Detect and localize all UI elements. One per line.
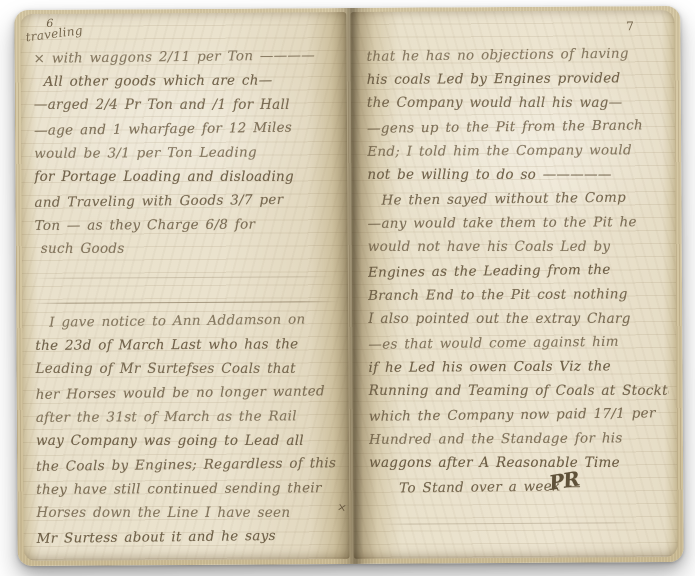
manuscript-line: —arged 2/4 Pr Ton and /1 for Hall: [34, 93, 334, 117]
manuscript-line: for Portage Loading and disloading: [34, 165, 334, 189]
manuscript-line: Engines as the Leading from the: [368, 257, 668, 285]
manuscript-line: Branch End to the Pit cost nothing: [368, 282, 668, 308]
left-page: 6 traveling × with waggons 2/11 per Ton …: [20, 12, 349, 561]
entry-separator: [32, 301, 338, 304]
manuscript-line: Horses down the Line I have seen: [36, 501, 338, 525]
manuscript-line: Ton — as they Charge 6/8 for: [35, 212, 335, 238]
page-number-right: 7: [626, 19, 634, 33]
manuscript-line: Hundred and the Standage for his: [369, 426, 669, 452]
manuscript-line: not be willing to do so —————: [367, 163, 667, 187]
right-page-entry: that he has no objections of havinghis c…: [367, 42, 670, 500]
manuscript-line: —gens up to the Pit from the Branch: [367, 113, 667, 141]
signature-flourish: PR: [547, 466, 580, 495]
manuscript-line: the Company would hall his wag—: [367, 91, 667, 115]
left-page-entry-1: × with waggons 2/11 per Ton ————All othe…: [34, 44, 335, 262]
manuscript-line: would be 3/1 per Ton Leading: [34, 140, 334, 166]
entry-separator-faint: [34, 276, 334, 279]
manuscript-line: the 23d of March Last who has the: [35, 332, 337, 358]
catchword: traveling: [25, 23, 84, 44]
manuscript-line: his coals Led by Engines provided: [367, 66, 667, 92]
manuscript-line: and Traveling with Goods 3/7 per: [34, 187, 334, 215]
manuscript-line: Leading of Mr Surtefses Coals that: [36, 357, 338, 381]
manuscript-line: after the 31st of March as the Rail: [36, 404, 338, 430]
manuscript-line: the Coals by Engines; Regardless of this: [36, 451, 338, 479]
manuscript-line: such Goods: [35, 237, 335, 261]
manuscript-line: her Horses would be no longer wanted: [36, 379, 338, 407]
manuscript-line: —es that would come against him: [368, 329, 668, 357]
manuscript-line: All other goods which are ch—: [34, 68, 334, 94]
manuscript-line: they have still continued sending their: [36, 476, 338, 502]
bottom-rule: [379, 522, 641, 525]
manuscript-line: waggons after A Reasonable Time: [369, 451, 669, 475]
manuscript-line: He then sayed without the Comp: [367, 185, 667, 213]
left-page-entry-2: I gave notice to Ann Addamson onthe 23d …: [35, 308, 338, 550]
manuscript-line: I also pointed out the extray Charg: [368, 307, 668, 331]
manuscript-line: which the Company now paid 17/1 per: [369, 401, 669, 429]
manuscript-line: —any would take them to the Pit he: [368, 210, 668, 236]
manuscript-line: × with waggons 2/11 per Ton ————: [33, 43, 333, 71]
manuscript-line: —age and 1 wharfage for 12 Miles: [34, 115, 334, 143]
manuscript-line: End; I told him the Company would: [367, 138, 667, 164]
manuscript-line: Running and Teaming of Coals at Stockton: [369, 379, 669, 403]
manuscript-line: would not have his Coals Led by: [368, 235, 668, 259]
right-page: 7 that he has no objections of havinghis…: [350, 10, 677, 559]
notebook-spread: 6 traveling × with waggons 2/11 per Ton …: [14, 6, 683, 566]
manuscript-line: that he has no objections of having: [366, 41, 666, 69]
manuscript-line: way Company was going to Lead all: [36, 429, 338, 453]
manuscript-line: if he Led his owen Coals Viz the: [368, 354, 668, 380]
gutter-ink-mark: ×: [336, 500, 348, 515]
manuscript-line: I gave notice to Ann Addamson on: [35, 307, 337, 335]
manuscript-line: Mr Surtess about it and he says: [36, 523, 338, 551]
photo-backdrop: 6 traveling × with waggons 2/11 per Ton …: [0, 0, 695, 576]
manuscript-line: To Stand over a week —: [369, 473, 669, 501]
